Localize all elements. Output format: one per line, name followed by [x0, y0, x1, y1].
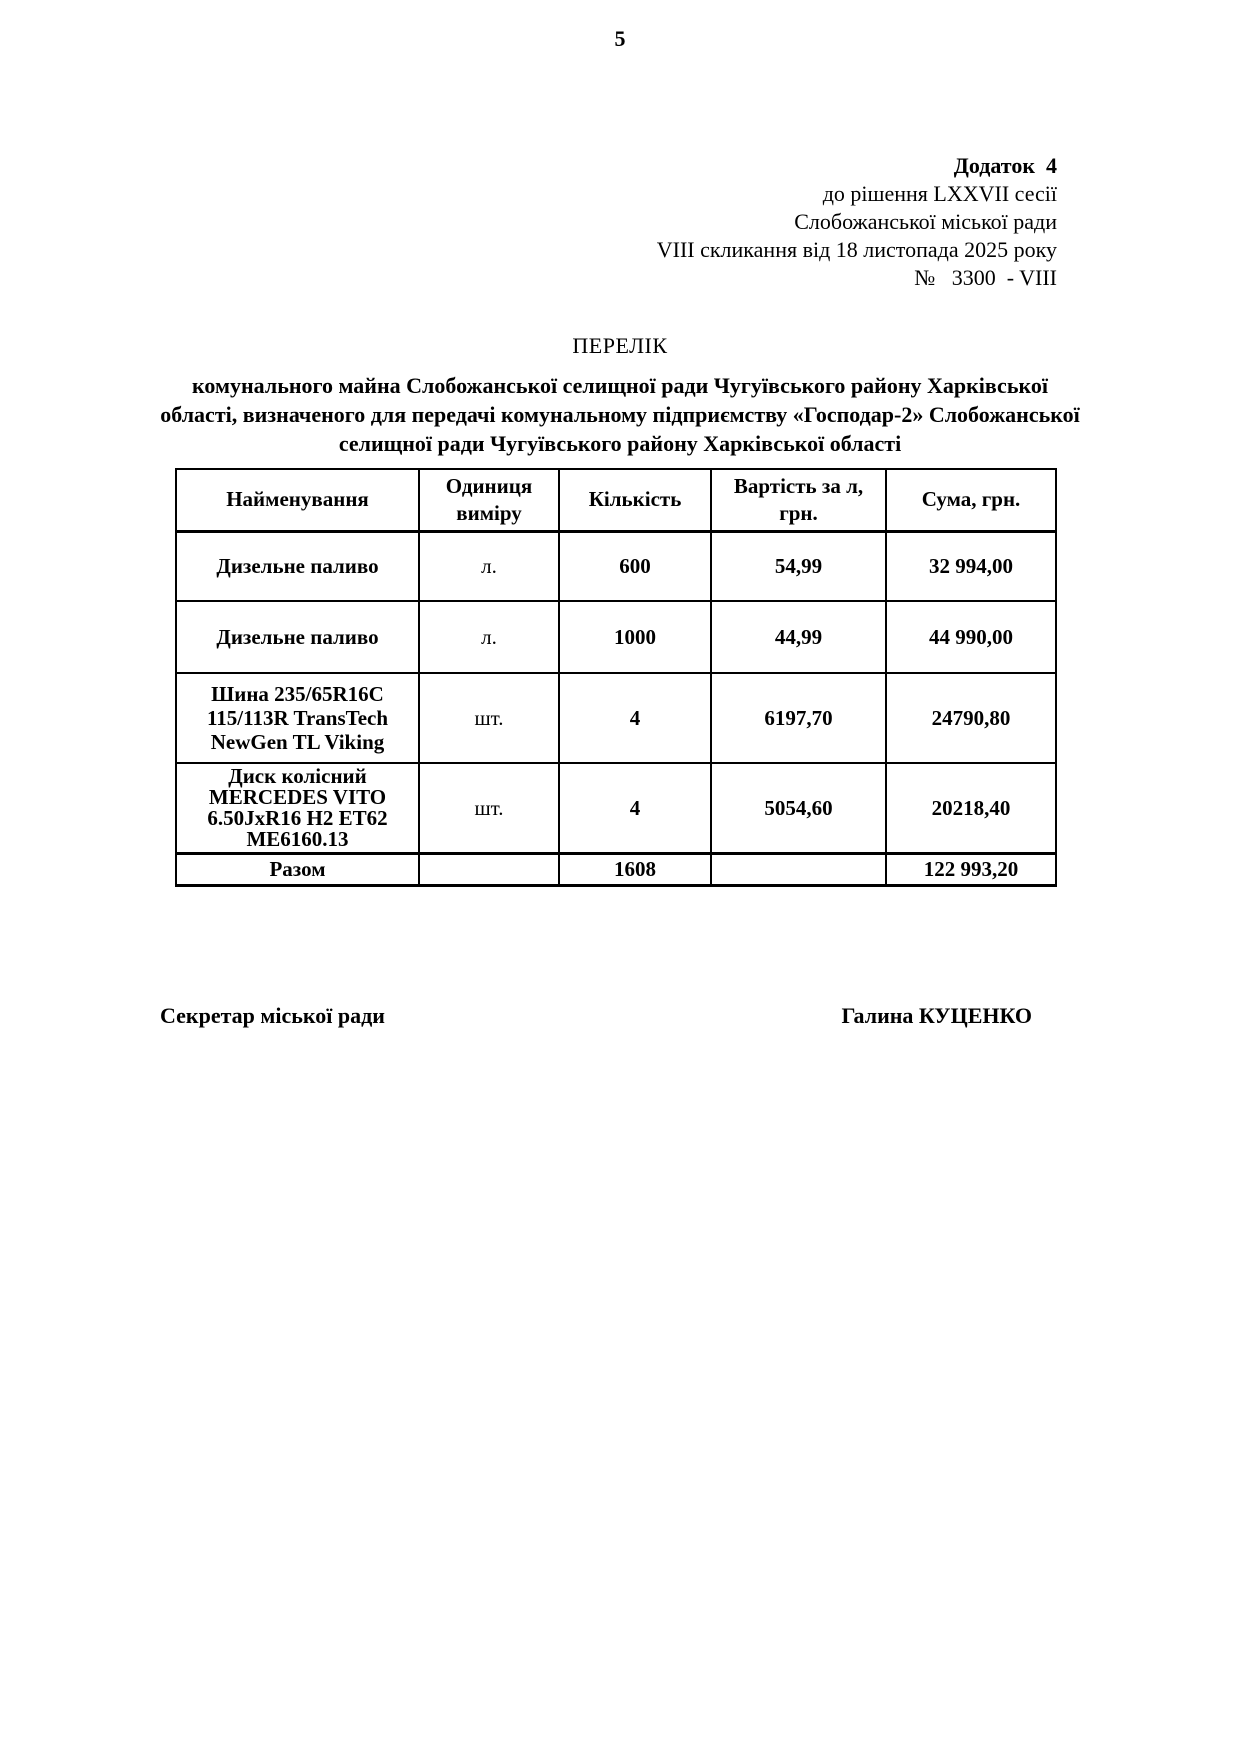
item-quantity: 4 — [559, 673, 711, 763]
column-header-quantity: Кількість — [559, 469, 711, 531]
item-quantity: 4 — [559, 763, 711, 854]
item-unit: л. — [419, 531, 559, 601]
header-session-line: VIII скликання від 18 листопада 2025 рок… — [657, 236, 1057, 264]
total-sum: 122 993,20 — [886, 854, 1056, 886]
signature-row: Секретар міської ради Галина КУЦЕНКО — [160, 1003, 1032, 1029]
document-subtitle: комунального майна Слобожанської селищно… — [160, 371, 1080, 458]
item-quantity: 1000 — [559, 601, 711, 673]
item-unit: шт. — [419, 763, 559, 854]
item-price: 6197,70 — [711, 673, 886, 763]
column-header-unit: Одиниця виміру — [419, 469, 559, 531]
subtitle-line: області, визначеного для передачі комуна… — [160, 400, 1080, 429]
table-row: Диск колісний MERCEDES VITO 6.50JxR16 H2… — [176, 763, 1056, 854]
item-sum: 44 990,00 — [886, 601, 1056, 673]
column-header-price: Вартість за л, грн. — [711, 469, 886, 531]
header-number-line: № 3300 - VIII — [657, 264, 1057, 292]
item-name: Дизельне паливо — [176, 601, 419, 673]
table-row: Дизельне паливо л. 1000 44,99 44 990,00 — [176, 601, 1056, 673]
total-label: Разом — [176, 854, 419, 886]
column-header-sum: Сума, грн. — [886, 469, 1056, 531]
item-price: 5054,60 — [711, 763, 886, 854]
item-sum: 20218,40 — [886, 763, 1056, 854]
item-quantity: 600 — [559, 531, 711, 601]
document-title: ПЕРЕЛІК — [170, 333, 1070, 359]
item-name: Шина 235/65R16C 115/113R TransTech NewGe… — [176, 673, 419, 763]
item-sum: 24790,80 — [886, 673, 1056, 763]
appendix-header: Додаток 4 до рішення LXXVII сесії Слобож… — [657, 152, 1057, 292]
item-unit: шт. — [419, 673, 559, 763]
total-quantity: 1608 — [559, 854, 711, 886]
table-row: Дизельне паливо л. 600 54,99 32 994,00 — [176, 531, 1056, 601]
table-total-row: Разом 1608 122 993,20 — [176, 854, 1056, 886]
item-unit: л. — [419, 601, 559, 673]
document-page: 5 Додаток 4 до рішення LXXVII сесії Слоб… — [0, 0, 1240, 1754]
appendix-label: Додаток 4 — [657, 152, 1057, 180]
item-name: Дизельне паливо — [176, 531, 419, 601]
item-price: 44,99 — [711, 601, 886, 673]
total-unit — [419, 854, 559, 886]
property-table: Найменування Одиниця виміру Кількість Ва… — [175, 468, 1057, 887]
subtitle-line: селищної ради Чугуївського району Харків… — [160, 429, 1080, 458]
table-row: Шина 235/65R16C 115/113R TransTech NewGe… — [176, 673, 1056, 763]
item-name: Диск колісний MERCEDES VITO 6.50JxR16 H2… — [176, 763, 419, 854]
item-sum: 32 994,00 — [886, 531, 1056, 601]
header-decision-line: до рішення LXXVII сесії — [657, 180, 1057, 208]
table-header-row: Найменування Одиниця виміру Кількість Ва… — [176, 469, 1056, 531]
signature-name: Галина КУЦЕНКО — [841, 1003, 1032, 1029]
subtitle-line: комунального майна Слобожанської селищно… — [160, 371, 1080, 400]
total-price — [711, 854, 886, 886]
signature-role: Секретар міської ради — [160, 1003, 385, 1029]
column-header-name: Найменування — [176, 469, 419, 531]
header-council-line: Слобожанської міської ради — [657, 208, 1057, 236]
page-number: 5 — [0, 26, 1240, 52]
item-price: 54,99 — [711, 531, 886, 601]
